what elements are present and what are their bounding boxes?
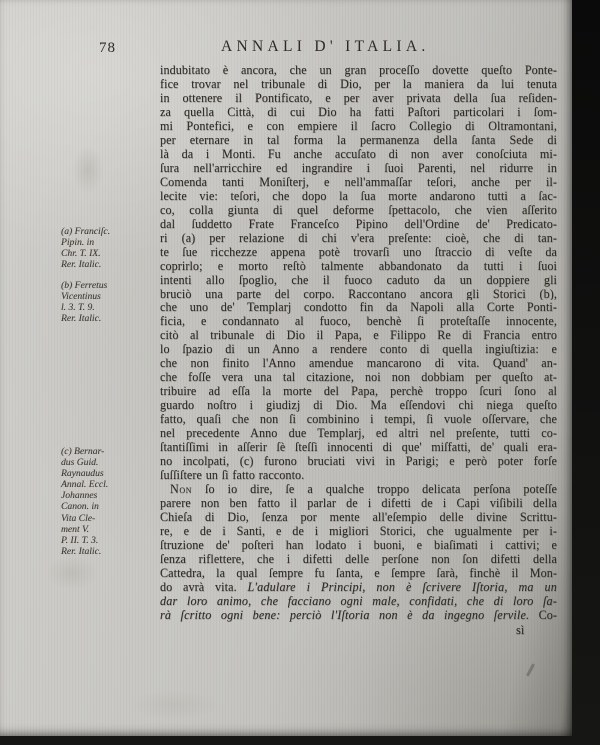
- margin-note-line: l. 3. T. 9.: [61, 302, 157, 313]
- body-line: citò al tribunale di Dio il Papa, e Fili…: [160, 328, 557, 342]
- margin-note-line: dus Guid.: [61, 457, 157, 468]
- margin-note-line: P. II. T. 3.: [61, 535, 157, 546]
- margin-note-line: Vita Cle-: [61, 513, 157, 524]
- body-line: te ſue ricchezze appena potè trovarſi un…: [160, 245, 557, 259]
- smallcaps-text: Non: [170, 482, 192, 496]
- body-line: bruciò una parte del corpo. Raccontano a…: [160, 287, 557, 301]
- body-line: no incolpati, (c) furono bruciati vivi i…: [160, 454, 557, 468]
- body-line: do avrà vita. L'adulare i Principi, non …: [160, 580, 557, 594]
- plain-text: do avrà vita.: [160, 580, 247, 594]
- body-line: Non ſo io dire, ſe a qualche troppo deli…: [160, 482, 557, 496]
- body-line: parere non ben fatto il parlar de i dife…: [160, 496, 557, 510]
- margin-note-line: Rer. Italic.: [61, 313, 157, 324]
- book-page: 78 ANNALI D' ITALIA. (a) Franciſc.Pipin.…: [0, 0, 572, 736]
- body-line: ri (a) per relazione di chi v'era preſen…: [160, 231, 557, 245]
- body-line: in ottenere il Pontificato, e per aver p…: [160, 91, 557, 105]
- body-line: fice trovar nel tribunale di Dio, per la…: [160, 77, 557, 91]
- italic-text: rà ſcritto ogni bene: perciò l'Iſtoria n…: [160, 608, 529, 622]
- body-line: ſura nell'arricchire ed ingrandire i ſuo…: [160, 161, 557, 175]
- body-line: tribuire ad eſſa la morte del Papa, perc…: [160, 384, 557, 398]
- body-line: coprirlo; e morto reſtò talmente abbando…: [160, 259, 557, 273]
- body-line: là da i Monti. Fu anche accuſato di non …: [160, 147, 557, 161]
- margin-note-line: Rer. Italic.: [61, 259, 157, 270]
- body-line: dar loro animo, che facciano ogni male, …: [160, 594, 557, 608]
- margin-note-line: (c) Bernar-: [61, 446, 157, 457]
- plain-text: ſo io dire, ſe a qualche troppo delicata…: [192, 482, 557, 496]
- body-line: intenti allo ſpoglio, che il fuoco cadut…: [160, 273, 557, 287]
- margin-note-b: (b) FerretusVicentinusl. 3. T. 9.Rer. It…: [61, 280, 157, 324]
- body-line: indubitato è ancora, che un gran proceſſ…: [160, 63, 557, 77]
- scanned-book-photo: 78 ANNALI D' ITALIA. (a) Franciſc.Pipin.…: [0, 0, 600, 745]
- margin-note-line: ment V.: [61, 524, 157, 535]
- paper-scratch: [526, 663, 535, 677]
- body-line: ſuſſiſtere un ſì fatto racconto.: [160, 468, 557, 482]
- body-line: re, e de i Santi, e de i migliori Storic…: [160, 524, 557, 538]
- body-line: ficia, e condannato al fuoco, benchè ſi …: [160, 314, 557, 328]
- margin-note-c: (c) Bernar-dus Guid.RaynaudusAnnal. Eccl…: [61, 446, 157, 557]
- margin-note-line: Annal. Eccl.: [61, 479, 157, 490]
- body-line: che non finito l'Anno amendue mancarono …: [160, 356, 557, 370]
- body-line: rà ſcritto ogni bene: perciò l'Iſtoria n…: [160, 608, 557, 622]
- margin-note-line: Raynaudus: [61, 468, 157, 479]
- body-line: che uno de' Templarj condotto fin da Nap…: [160, 300, 557, 314]
- body-line: Chieſa di Dio, ſenza por mente all'eſemp…: [160, 510, 557, 524]
- margin-note-line: (b) Ferretus: [61, 280, 157, 291]
- body-line: guardo noſtro i giudizj di Dio. Ma eſſen…: [160, 398, 557, 412]
- italic-text: dar loro animo, che facciano ogni male, …: [160, 594, 557, 608]
- margin-note-line: (a) Franciſc.: [61, 226, 157, 237]
- catchword: sì: [516, 623, 524, 637]
- body-line: za quella Città, di cui Dio ha fatti Paſ…: [160, 105, 557, 119]
- margin-note-line: Vicentinus: [61, 291, 157, 302]
- body-line: fatto, quaſi che non ſi combinino i temp…: [160, 412, 557, 426]
- body-line: mi Pontefici, e con empiere il ſacro Col…: [160, 119, 557, 133]
- margin-note-line: Canon. in: [61, 501, 157, 512]
- body-line: co, colla giunta di quel deforme ſpettac…: [160, 203, 557, 217]
- body-line: che foſſe vera una tal citazione, noi no…: [160, 370, 557, 384]
- body-line: Comenda tanti Moniſterj, e nell'ammaſſar…: [160, 175, 557, 189]
- body-line: lo ſpazio di un Anno a rendere conto di …: [160, 342, 557, 356]
- body-line: ſtantiſſimi in aſſerir ſè ſteſſi innocen…: [160, 440, 557, 454]
- plain-text: Co-: [529, 608, 557, 622]
- body-line: dal ſuddetto Frate Franceſco Pipino dell…: [160, 217, 557, 231]
- text-block: indubitato è ancora, che un gran proceſſ…: [160, 63, 557, 622]
- margin-notes-column: (a) Franciſc.Pipin. inChr. T. IX.Rer. It…: [61, 0, 157, 736]
- margin-note-a: (a) Franciſc.Pipin. inChr. T. IX.Rer. It…: [61, 226, 157, 270]
- body-line: ſenza riflettere, che i difetti delle pe…: [160, 552, 557, 566]
- body-line: nel precedente Anno due Templarj, ed alt…: [160, 426, 557, 440]
- body-line: per eternare in tal forma la permanenza …: [160, 133, 557, 147]
- body-line: Cattedra, la qual ſempre fu ſanta, e ſem…: [160, 566, 557, 580]
- margin-note-line: Rer. Italic.: [61, 546, 157, 557]
- margin-note-line: Johannes: [61, 490, 157, 501]
- running-title: ANNALI D' ITALIA.: [221, 37, 430, 57]
- margin-note-line: Pipin. in: [61, 237, 157, 248]
- body-line: lecite vie: teſori, che dopo la ſua mort…: [160, 189, 557, 203]
- italic-text: L'adulare i Principi, non è ſcrivere Iſt…: [247, 580, 557, 594]
- margin-note-line: Chr. T. IX.: [61, 248, 157, 259]
- body-line: ſtruzione de' poſteri han lodato i buoni…: [160, 538, 557, 552]
